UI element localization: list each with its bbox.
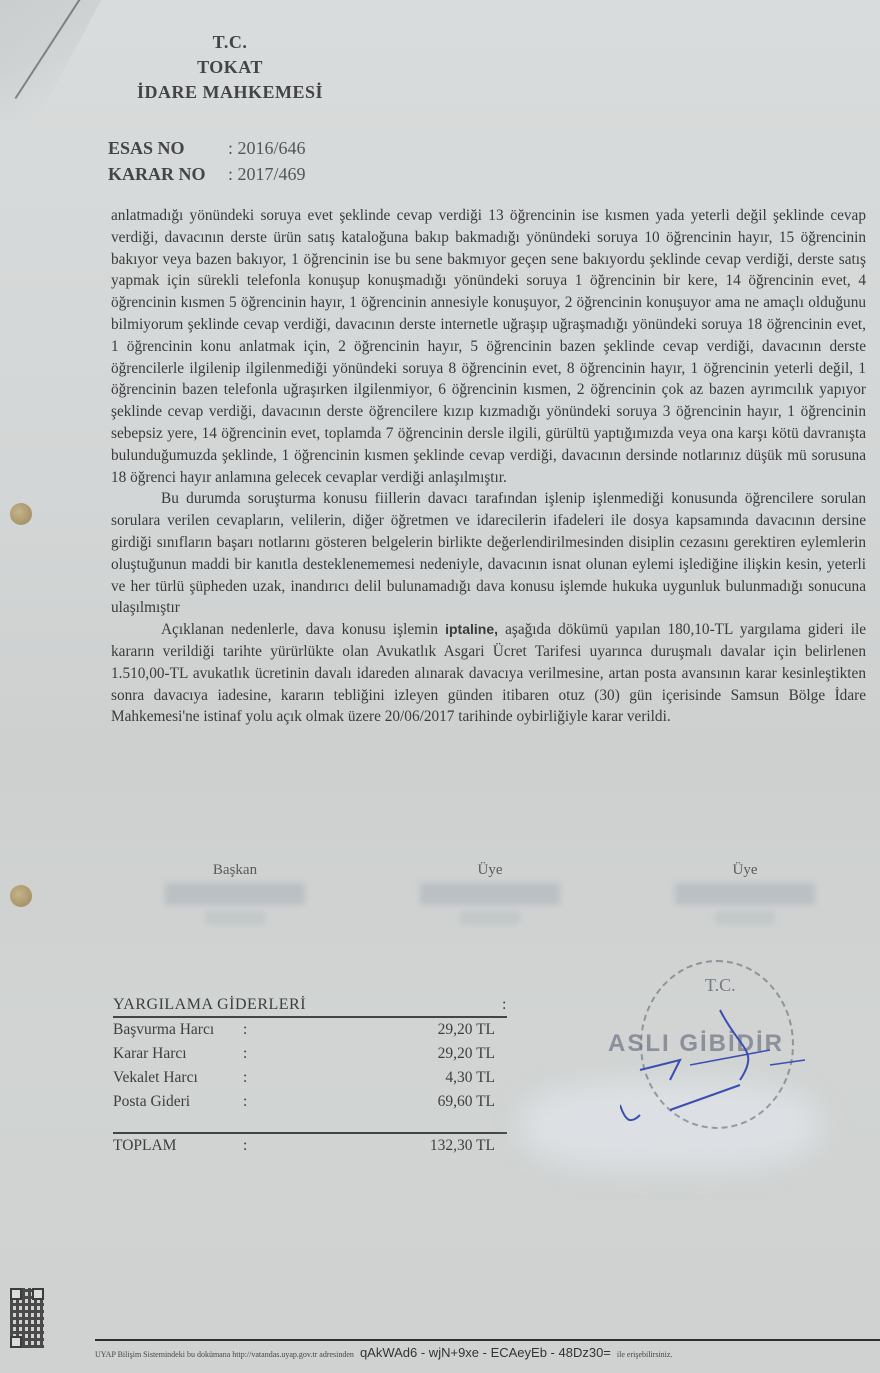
verdict-bold: iptaline, xyxy=(445,621,498,637)
cost-row: Posta Gideri : 69,60 TL xyxy=(113,1090,507,1114)
cost-colon: : xyxy=(243,1018,283,1042)
cost-amount: 29,20 TL xyxy=(283,1018,507,1042)
signer-role: Üye xyxy=(620,862,870,879)
signer-member-1: Üye xyxy=(365,862,615,925)
cost-label: Başvurma Harcı xyxy=(113,1018,243,1042)
cost-colon: : xyxy=(243,1042,283,1066)
redacted-id xyxy=(460,911,520,925)
paragraph-conclusion: Bu durumda soruşturma konusu fiillerin d… xyxy=(111,488,866,619)
esas-value: : 2016/646 xyxy=(228,135,306,161)
cost-label: Vekalet Harcı xyxy=(113,1066,243,1090)
qr-finder xyxy=(10,1336,22,1348)
signature-block: Başkan Üye Üye xyxy=(110,862,870,925)
uyap-footer: UYAP Bilişim Sistemindeki bu dokümana ht… xyxy=(95,1345,880,1360)
decision-body: anlatmadığı yönündeki soruya evet şeklin… xyxy=(111,205,866,728)
cost-amount: 69,60 TL xyxy=(283,1090,507,1114)
header-city: TOKAT xyxy=(20,55,440,80)
redacted-name xyxy=(420,883,560,905)
court-header: T.C. TOKAT İDARE MAHKEMESİ xyxy=(0,30,440,105)
cost-label: Posta Gideri xyxy=(113,1090,243,1114)
redacted-name xyxy=(165,883,305,905)
cost-amount: 29,20 TL xyxy=(283,1042,507,1066)
esas-label: ESAS NO xyxy=(108,135,228,161)
qr-code-icon xyxy=(10,1288,44,1348)
total-label: TOPLAM xyxy=(113,1134,243,1158)
cost-row: Vekalet Harcı : 4,30 TL xyxy=(113,1066,507,1090)
cost-row: Karar Harcı : 29,20 TL xyxy=(113,1042,507,1066)
karar-value: : 2017/469 xyxy=(228,161,306,187)
punch-hole-icon xyxy=(10,503,32,525)
cost-colon: : xyxy=(243,1090,283,1114)
cost-row: Başvurma Harcı : 29,20 TL xyxy=(113,1018,507,1042)
total-row: TOPLAM : 132,30 TL xyxy=(113,1134,507,1158)
paragraph-verdict: Açıklanan nedenlerle, dava konusu işlemi… xyxy=(111,619,866,728)
verification-code: qAkWAd6 - wjN+9xe - ECAeyEb - 48Dz30= xyxy=(360,1345,611,1360)
footer-suffix: ile erişebilirsiniz. xyxy=(617,1350,673,1359)
total-colon: : xyxy=(243,1134,283,1158)
footer-divider xyxy=(95,1339,880,1341)
case-numbers: ESAS NO : 2016/646 KARAR NO : 2017/469 xyxy=(108,135,306,187)
costs-title-text: YARGILAMA GİDERLERİ xyxy=(113,994,306,1016)
costs-title-colon: : xyxy=(502,994,507,1016)
costs-table: YARGILAMA GİDERLERİ : Başvurma Harcı : 2… xyxy=(113,994,507,1158)
esas-row: ESAS NO : 2016/646 xyxy=(108,135,306,161)
karar-label: KARAR NO xyxy=(108,161,228,187)
paragraph-findings: anlatmadığı yönündeki soruya evet şeklin… xyxy=(111,205,866,488)
signature-icon xyxy=(620,990,820,1140)
costs-title: YARGILAMA GİDERLERİ : xyxy=(113,994,507,1018)
cost-amount: 4,30 TL xyxy=(283,1066,507,1090)
total-amount: 132,30 TL xyxy=(283,1134,507,1158)
qr-finder xyxy=(32,1288,44,1300)
redacted-name xyxy=(675,883,815,905)
header-court: İDARE MAHKEMESİ xyxy=(20,80,440,105)
verdict-text-before: Açıklanan nedenlerle, dava konusu işlemi… xyxy=(161,621,445,638)
qr-finder xyxy=(10,1288,22,1300)
karar-row: KARAR NO : 2017/469 xyxy=(108,161,306,187)
footer-prefix: UYAP Bilişim Sistemindeki bu dokümana ht… xyxy=(95,1350,354,1359)
redacted-id xyxy=(205,911,265,925)
redacted-id xyxy=(715,911,775,925)
cost-label: Karar Harcı xyxy=(113,1042,243,1066)
signer-president: Başkan xyxy=(110,862,360,925)
cost-colon: : xyxy=(243,1066,283,1090)
header-tc: T.C. xyxy=(20,30,440,55)
signer-role: Üye xyxy=(365,862,615,879)
punch-hole-icon xyxy=(10,885,32,907)
signer-role: Başkan xyxy=(110,862,360,879)
signer-member-2: Üye xyxy=(620,862,870,925)
